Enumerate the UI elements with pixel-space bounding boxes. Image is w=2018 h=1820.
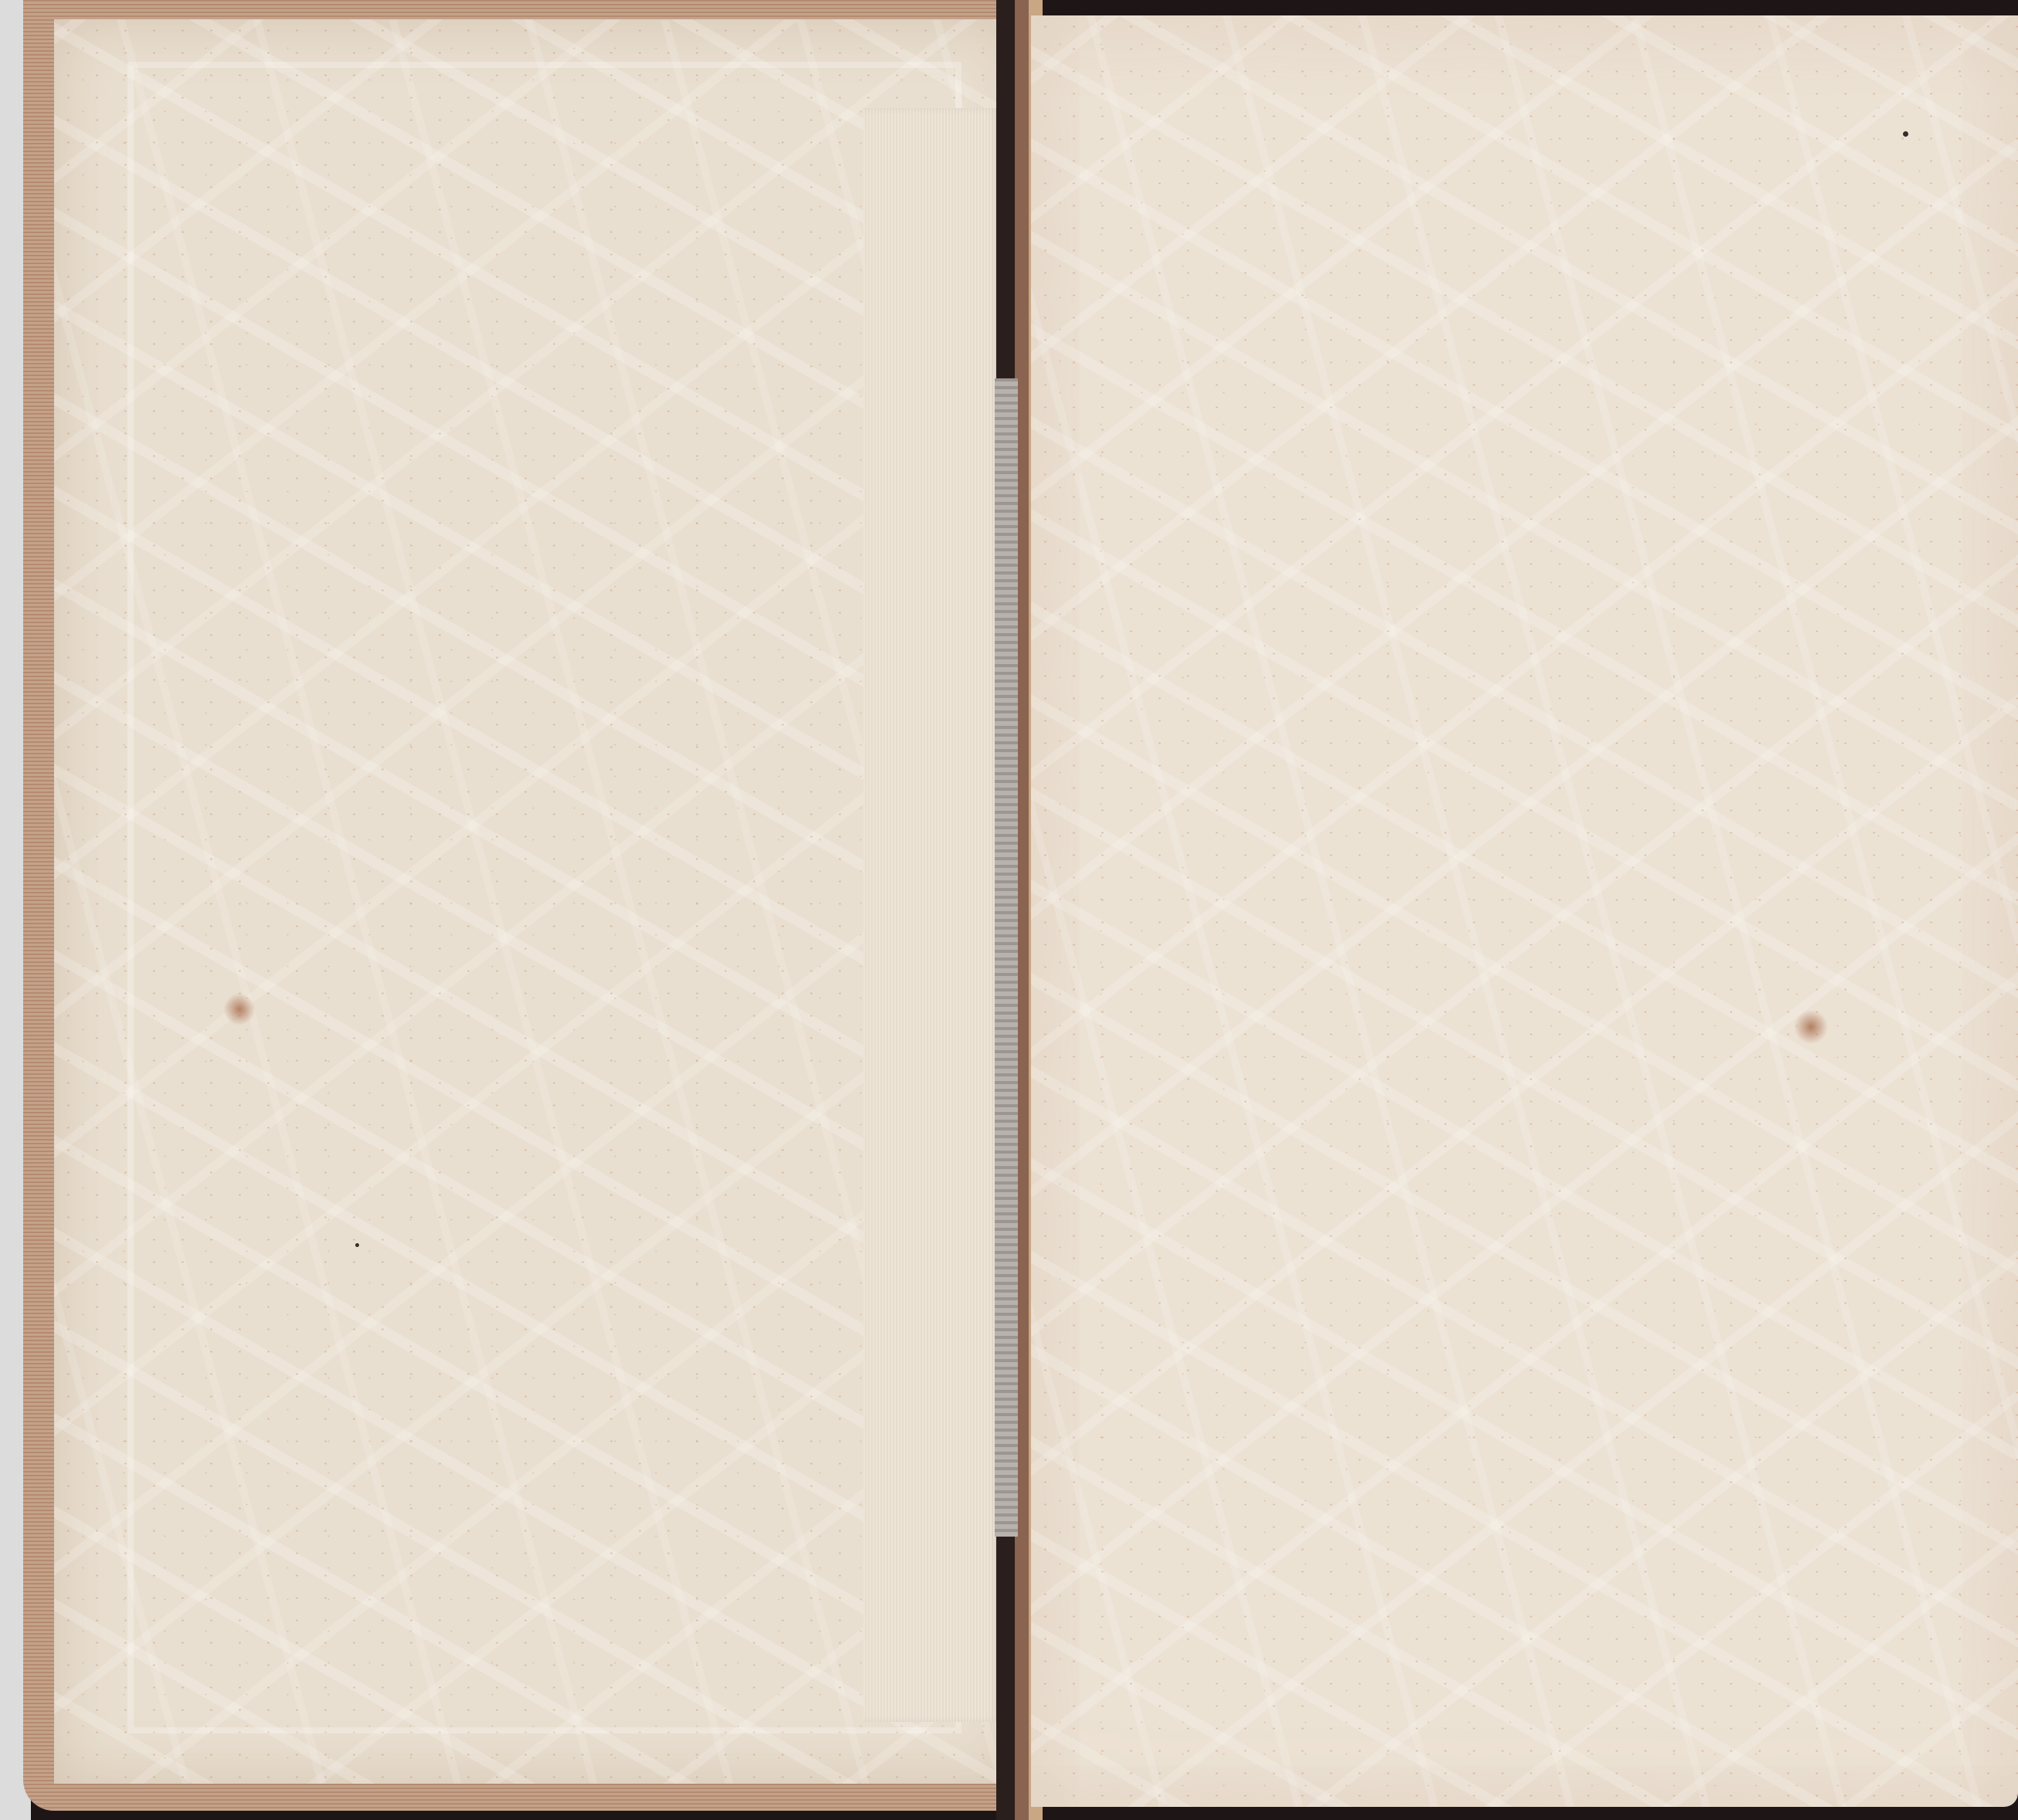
stain-right <box>1793 1010 1829 1044</box>
hinge-cloth-strip <box>863 108 999 1722</box>
ink-dot-left <box>355 1243 359 1247</box>
right-flyleaf-page <box>1031 15 2018 1807</box>
spine-tear <box>995 378 1018 1537</box>
stain-left <box>224 992 255 1026</box>
pastedown-border <box>127 62 962 1734</box>
foxing-spots <box>1031 15 2018 1807</box>
ink-dot-top-right <box>1903 131 1908 137</box>
